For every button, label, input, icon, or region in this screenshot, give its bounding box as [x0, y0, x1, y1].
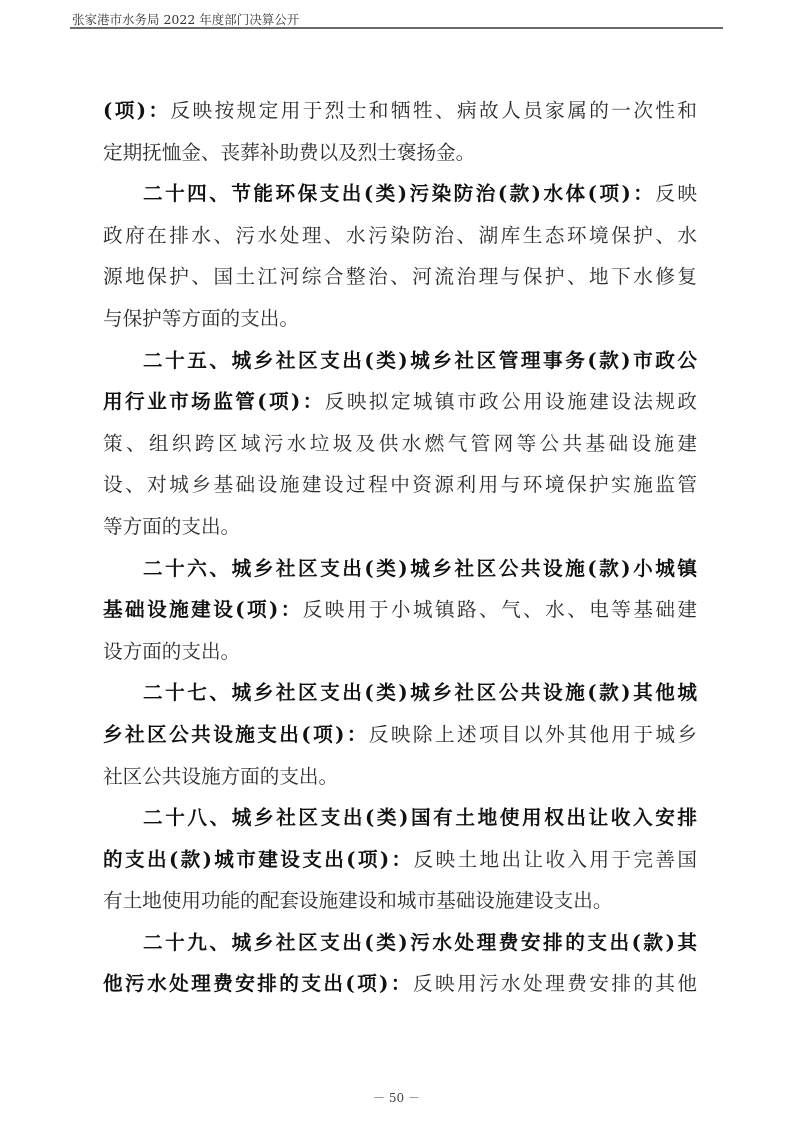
paragraph-continuation: (项)：反映按规定用于烈士和牺牲、病故人员家属的一次性和 定期抚恤金、丧葬补助费… — [103, 90, 697, 173]
normal-run: 源地保护、国土江河综合整治、河流治理与保护、地下水修复 — [103, 265, 697, 288]
text-line: 的支出(款)城市建设支出(项)：反映土地出让收入用于完善国 — [103, 839, 697, 881]
text-line: 定期抚恤金、丧葬补助费以及烈士褒扬金。 — [103, 132, 697, 174]
text-line: 乡社区公共设施支出(项)：反映除上述项目以外其他用于城乡 — [103, 714, 697, 756]
bold-run: 二十五、城乡社区支出(类)城乡社区管理事务(款)市政公 — [143, 349, 697, 372]
text-line: 二十四、节能环保支出(类)污染防治(款)水体(项)：反映 — [103, 173, 697, 215]
normal-run: 反映用于小城镇路、气、水、电等基础建 — [303, 598, 697, 621]
page-number: － 50 － — [0, 1089, 793, 1106]
bold-run: (项)： — [103, 99, 171, 122]
bold-run: 乡社区公共设施支出(项)： — [103, 723, 369, 746]
normal-run: 定期抚恤金、丧葬补助费以及烈士褒扬金。 — [103, 141, 475, 164]
text-line: 社区公共设施方面的支出。 — [103, 756, 697, 798]
normal-run: 有土地使用功能的配套设施建设和城市基础设施建设支出。 — [103, 889, 612, 912]
bold-run: 用行业市场监管(项)： — [103, 390, 325, 413]
header-rule — [70, 27, 723, 29]
bold-run: 二十八、城乡社区支出(类)国有土地使用权出让收入安排 — [143, 806, 697, 829]
bold-run: 的支出(款)城市建设支出(项)： — [103, 848, 414, 871]
text-line: 二十九、城乡社区支出(类)污水处理费安排的支出(款)其 — [103, 922, 697, 964]
text-line: 二十八、城乡社区支出(类)国有土地使用权出让收入安排 — [103, 797, 697, 839]
bold-run: 二十七、城乡社区支出(类)城乡社区公共设施(款)其他城 — [143, 681, 697, 704]
text-line: 等方面的支出。 — [103, 506, 697, 548]
bold-run: 二十九、城乡社区支出(类)污水处理费安排的支出(款)其 — [143, 931, 697, 954]
header-title: 张家港市水务局 2022 年度部门决算公开 — [72, 10, 299, 28]
paragraph-item-24: 二十四、节能环保支出(类)污染防治(款)水体(项)：反映 政府在排水、污水处理、… — [103, 173, 697, 339]
text-line: 二十七、城乡社区支出(类)城乡社区公共设施(款)其他城 — [103, 672, 697, 714]
normal-run: 政府在排水、污水处理、水污染防治、湖库生态环境保护、水 — [103, 224, 697, 247]
normal-run: 与保护等方面的支出。 — [103, 307, 299, 330]
text-line: 有土地使用功能的配套设施建设和城市基础设施建设支出。 — [103, 880, 697, 922]
normal-run: 反映按规定用于烈士和牺牲、病故人员家属的一次性和 — [171, 99, 697, 122]
paragraph-item-25: 二十五、城乡社区支出(类)城乡社区管理事务(款)市政公 用行业市场监管(项)：反… — [103, 340, 697, 548]
normal-run: 设、对城乡基础设施建设过程中资源利用与环境保护实施监管 — [103, 473, 697, 496]
text-line: 二十五、城乡社区支出(类)城乡社区管理事务(款)市政公 — [103, 340, 697, 382]
document-body: (项)：反映按规定用于烈士和牺牲、病故人员家属的一次性和 定期抚恤金、丧葬补助费… — [103, 90, 697, 1005]
text-line: 二十六、城乡社区支出(类)城乡社区公共设施(款)小城镇 — [103, 548, 697, 590]
text-line: 策、组织跨区域污水垃圾及供水燃气管网等公共基础设施建 — [103, 423, 697, 465]
text-line: (项)：反映按规定用于烈士和牺牲、病故人员家属的一次性和 — [103, 90, 697, 132]
page-header: 张家港市水务局 2022 年度部门决算公开 — [70, 8, 723, 30]
text-line: 设、对城乡基础设施建设过程中资源利用与环境保护实施监管 — [103, 464, 697, 506]
text-line: 与保护等方面的支出。 — [103, 298, 697, 340]
text-line: 他污水处理费安排的支出(项)：反映用污水处理费安排的其他 — [103, 963, 697, 1005]
text-line: 基础设施建设(项)：反映用于小城镇路、气、水、电等基础建 — [103, 589, 697, 631]
normal-run: 反映土地出让收入用于完善国 — [414, 848, 697, 871]
text-line: 设方面的支出。 — [103, 631, 697, 673]
text-line: 源地保护、国土江河综合整治、河流治理与保护、地下水修复 — [103, 256, 697, 298]
text-line: 政府在排水、污水处理、水污染防治、湖库生态环境保护、水 — [103, 215, 697, 257]
bold-run: 二十六、城乡社区支出(类)城乡社区公共设施(款)小城镇 — [143, 557, 697, 580]
normal-run: 等方面的支出。 — [103, 515, 240, 538]
normal-run: 反映 — [655, 182, 697, 205]
normal-run: 反映除上述项目以外其他用于城乡 — [369, 723, 697, 746]
bold-run: 基础设施建设(项)： — [103, 598, 303, 621]
paragraph-item-29: 二十九、城乡社区支出(类)污水处理费安排的支出(款)其 他污水处理费安排的支出(… — [103, 922, 697, 1005]
normal-run: 策、组织跨区域污水垃圾及供水燃气管网等公共基础设施建 — [103, 432, 697, 455]
paragraph-item-27: 二十七、城乡社区支出(类)城乡社区公共设施(款)其他城 乡社区公共设施支出(项)… — [103, 672, 697, 797]
normal-run: 设方面的支出。 — [103, 640, 240, 663]
bold-run: 他污水处理费安排的支出(项)： — [103, 972, 413, 995]
normal-run: 社区公共设施方面的支出。 — [103, 765, 338, 788]
paragraph-item-28: 二十八、城乡社区支出(类)国有土地使用权出让收入安排 的支出(款)城市建设支出(… — [103, 797, 697, 922]
bold-run: 二十四、节能环保支出(类)污染防治(款)水体(项)： — [143, 182, 655, 205]
text-line: 用行业市场监管(项)：反映拟定城镇市政公用设施建设法规政 — [103, 381, 697, 423]
normal-run: 反映用污水处理费安排的其他 — [413, 972, 697, 995]
normal-run: 反映拟定城镇市政公用设施建设法规政 — [325, 390, 697, 413]
paragraph-item-26: 二十六、城乡社区支出(类)城乡社区公共设施(款)小城镇 基础设施建设(项)：反映… — [103, 548, 697, 673]
